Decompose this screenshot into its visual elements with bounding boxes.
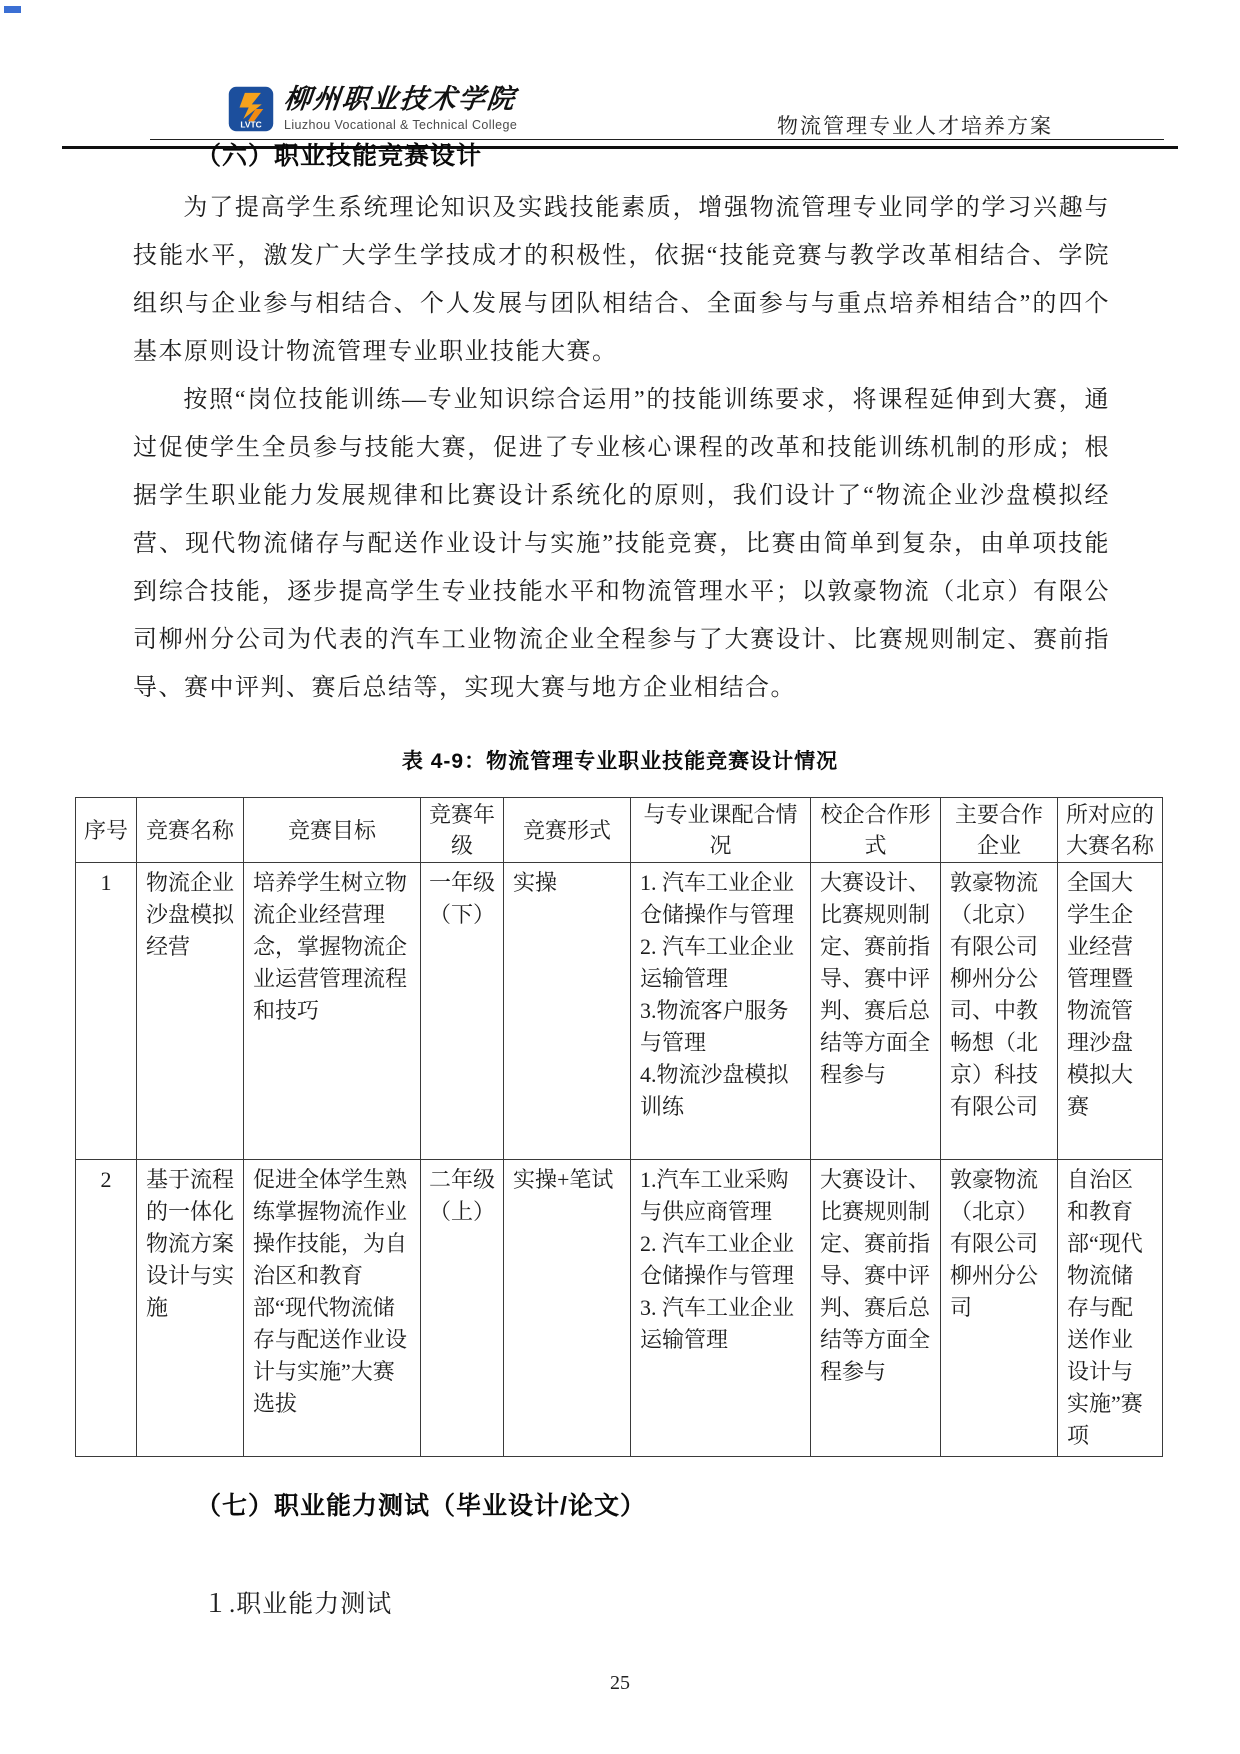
- scan-artifact-mark: [4, 6, 21, 13]
- col-header-courses: 与专业课配合情况: [631, 798, 811, 863]
- document-title: 物流管理专业人才培养方案: [777, 110, 1053, 140]
- col-header-cooperation: 校企合作形式: [811, 798, 941, 863]
- cell-r2-cooperation: 大赛设计、比赛规则制定、赛前指导、赛中评判、赛后总结等方面全程参与: [811, 1160, 941, 1457]
- cell-r1-contest: 全国大学生企业经营管理暨物流管理沙盘模拟大赛: [1058, 863, 1163, 1160]
- svg-text:LVTC: LVTC: [240, 119, 261, 129]
- cell-r1-grade: 一年级 （下）: [421, 863, 504, 1160]
- section7-sub-heading: １.职业能力测试: [203, 1584, 392, 1620]
- col-header-grade: 竞赛年级: [421, 798, 504, 863]
- cell-r1-enterprises: 敦豪物流（北京）有限公司柳州分公司、中教畅想（北京）科技有限公司: [941, 863, 1058, 1160]
- col-header-format: 竞赛形式: [504, 798, 631, 863]
- table-caption: 表 4-9：物流管理专业职业技能竞赛设计情况: [0, 745, 1240, 775]
- cell-r2-courses: 1.汽车工业采购与供应商管理 2. 汽车工业企业仓储操作与管理 3. 汽车工业企…: [631, 1160, 811, 1457]
- col-header-seq: 序号: [76, 798, 137, 863]
- table-row-1: 1 物流企业沙盘模拟经营 培养学生树立物流企业经营理念，掌握物流企业运营管理流程…: [76, 863, 1163, 1160]
- section6-paragraph-1: 为了提高学生系统理论知识及实践技能素质，增强物流管理专业同学的学习兴趣与技能水平…: [133, 184, 1110, 376]
- section7-heading: （七）职业能力测试（毕业设计/论文）: [196, 1486, 646, 1522]
- document-page: LVTC 柳州职业技术学院 Liuzhou Vocational & Techn…: [0, 0, 1240, 1754]
- table-header-row: 序号 竞赛名称 竞赛目标 竞赛年级 竞赛形式 与专业课配合情况 校企合作形式 主…: [76, 798, 1163, 863]
- section6-body: 为了提高学生系统理论知识及实践技能素质，增强物流管理专业同学的学习兴趣与技能水平…: [133, 184, 1110, 712]
- cell-r1-goal: 培养学生树立物流企业经营理念，掌握物流企业运营管理流程和技巧: [244, 863, 421, 1160]
- college-name-en: Liuzhou Vocational & Technical College: [284, 118, 517, 132]
- col-header-name: 竞赛名称: [137, 798, 244, 863]
- cell-r1-cooperation: 大赛设计、比赛规则制定、赛前指导、赛中评判、赛后总结等方面全程参与: [811, 863, 941, 1160]
- table-row-2: 2 基于流程的一体化物流方案设计与实施 促进全体学生熟练掌握物流作业操作技能，为…: [76, 1160, 1163, 1457]
- col-header-enterprises: 主要合作企业: [941, 798, 1058, 863]
- cell-r2-enterprises: 敦豪物流（北京）有限公司柳州分公司: [941, 1160, 1058, 1457]
- cell-r2-contest: 自治区和教育部“现代物流储存与配送作业设计与实施”赛项: [1058, 1160, 1163, 1457]
- section6-paragraph-2: 按照“岗位技能训练—专业知识综合运用”的技能训练要求，将课程延伸到大赛，通过促使…: [133, 376, 1110, 712]
- section6-heading: （六）职业技能竞赛设计: [196, 136, 482, 172]
- cell-r1-name: 物流企业沙盘模拟经营: [137, 863, 244, 1160]
- cell-r2-goal: 促进全体学生熟练掌握物流作业操作技能，为自治区和教育部“现代物流储存与配送作业设…: [244, 1160, 421, 1457]
- cell-r1-courses: 1. 汽车工业企业仓储操作与管理 2. 汽车工业企业运输管理 3.物流客户服务与…: [631, 863, 811, 1160]
- cell-r2-name: 基于流程的一体化物流方案设计与实施: [137, 1160, 244, 1457]
- competition-design-table: 序号 竞赛名称 竞赛目标 竞赛年级 竞赛形式 与专业课配合情况 校企合作形式 主…: [75, 797, 1163, 1457]
- cell-r1-seq: 1: [76, 863, 137, 1160]
- col-header-goal: 竞赛目标: [244, 798, 421, 863]
- cell-r2-seq: 2: [76, 1160, 137, 1457]
- page-number: 25: [0, 1672, 1240, 1695]
- col-header-contest: 所对应的大赛名称: [1058, 798, 1163, 863]
- cell-r2-grade: 二年级 （上）: [421, 1160, 504, 1457]
- cell-r2-format: 实操+笔试: [504, 1160, 631, 1457]
- college-name-cn: 柳州职业技术学院: [283, 86, 519, 114]
- college-logo-group: LVTC 柳州职业技术学院 Liuzhou Vocational & Techn…: [228, 86, 517, 132]
- cell-r1-format: 实操: [504, 863, 631, 1160]
- college-logo-icon: LVTC: [228, 86, 274, 132]
- college-names: 柳州职业技术学院 Liuzhou Vocational & Technical …: [284, 86, 517, 132]
